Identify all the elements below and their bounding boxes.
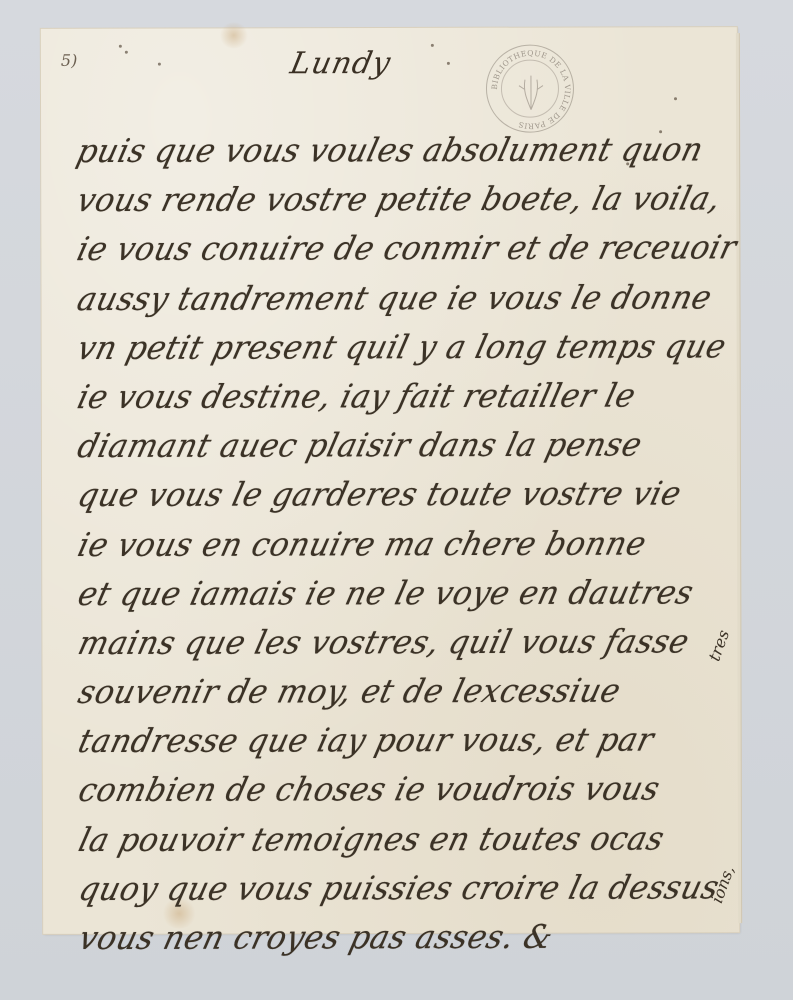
text-line: aussy tandrement que ie vous le donne bbox=[72, 272, 735, 325]
letter-page: 5) Lundy BIBLIOTHEQUE DE LA VILLE DE PAR… bbox=[41, 27, 739, 934]
ink-speck bbox=[125, 51, 128, 54]
letter-heading: Lundy bbox=[287, 46, 394, 81]
text-line: ie vous destine, iay fait retailler le bbox=[72, 371, 735, 424]
text-line: ie vous conuire de conmir et de receuoir bbox=[71, 223, 734, 276]
folio-number: 5) bbox=[61, 51, 77, 70]
ink-speck bbox=[447, 62, 450, 65]
ink-speck bbox=[119, 45, 122, 48]
text-line: mains que les vostres, quil vous fasse bbox=[72, 617, 735, 670]
ink-speck bbox=[674, 97, 677, 100]
text-line: combien de choses ie voudrois vous bbox=[73, 764, 736, 817]
text-line: et que iamais ie ne le voye en dautres bbox=[72, 567, 735, 620]
ink-speck bbox=[431, 44, 434, 47]
text-line: diamant auec plaisir dans la pense bbox=[72, 420, 735, 473]
text-line: la pouvoir temoignes en toutes ocas bbox=[73, 813, 736, 866]
text-line: vous nen croyes pas asses. & bbox=[73, 912, 736, 965]
text-line: quoy que vous puissies croire la dessus bbox=[73, 862, 736, 915]
text-line: ie vous en conuire ma chere bonne bbox=[72, 518, 735, 571]
text-line: que vous le garderes toute vostre vie bbox=[72, 469, 735, 522]
letter-body: puis que vous voules absolument quon vou… bbox=[71, 127, 723, 965]
stamp-emblem-icon: BIBLIOTHEQUE DE LA VILLE DE PARIS bbox=[487, 46, 575, 134]
text-line: souvenir de moy, et de lexcessiue bbox=[73, 666, 736, 719]
text-line: vn petit present quil y a long temps que bbox=[72, 321, 735, 374]
text-line: puis que vous voules absolument quon bbox=[71, 125, 734, 178]
library-stamp: BIBLIOTHEQUE DE LA VILLE DE PARIS bbox=[486, 45, 574, 133]
ink-speck bbox=[158, 63, 161, 66]
text-line: tandresse que iay pour vous, et par bbox=[73, 715, 736, 768]
text-line: vous rende vostre petite boete, la voila… bbox=[71, 174, 734, 227]
foxing-stain bbox=[219, 22, 249, 48]
